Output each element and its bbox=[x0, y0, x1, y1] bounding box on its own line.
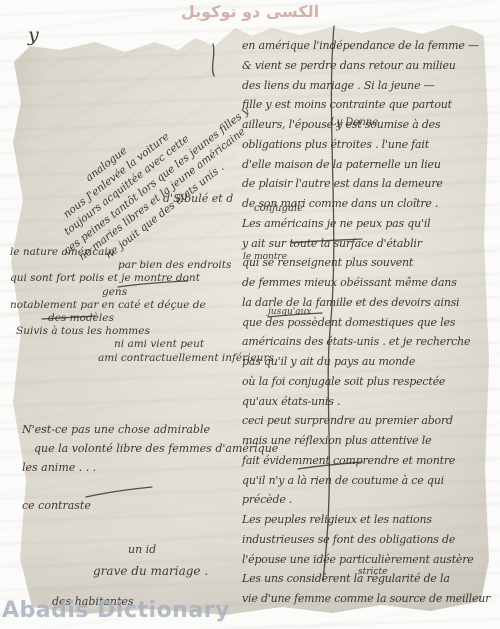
handwritten-line: gens bbox=[102, 286, 248, 299]
handwritten-line: par bien des endroits bbox=[118, 259, 248, 272]
handwritten-line: ami contractuellement inférieurs bbox=[98, 352, 248, 365]
handwritten-note: conjugale bbox=[254, 203, 303, 214]
handwritten-line: ceci peut surprendre au premier abord bbox=[242, 411, 498, 431]
handwritten-line: fait évidemment comprendre et montre bbox=[242, 451, 498, 471]
handwritten-note: jusqu'aux bbox=[268, 307, 311, 317]
handwritten-line: vie d'une femme comme la source de meill… bbox=[242, 589, 498, 609]
handwritten-line: qu'aux états-unis . bbox=[242, 392, 498, 412]
handwritten-line: & vient se perdre dans retour au milieu bbox=[242, 56, 498, 76]
handwritten-line: américains des états-unis . et je recher… bbox=[242, 332, 498, 352]
handwritten-line: N'est-ce pas une chose admirable bbox=[22, 420, 252, 439]
handwritten-line: de femmes mieux obéissant même dans bbox=[242, 273, 498, 293]
handwritten-line: fille y est moins contrainte que partout bbox=[242, 95, 498, 115]
page-number-mark: y bbox=[28, 24, 39, 46]
handwritten-line: en amérique l'indépendance de la femme — bbox=[242, 36, 498, 56]
handwritten-note: stricte bbox=[358, 567, 387, 577]
handwritten-line: obligations plus étroites . l'une fait bbox=[242, 135, 498, 155]
handwritten-note: d'Sibulé et d bbox=[163, 192, 233, 205]
left-margin-note-block-2: N'est-ce pas une chose admirableque la v… bbox=[22, 420, 252, 515]
handwritten-line: les anime . . . bbox=[22, 458, 252, 477]
left-margin-note-block-1: le nature américainpar bien des endroits… bbox=[10, 246, 248, 365]
manuscript-photo: y analoguenous J'enlevée la voituretoujo… bbox=[0, 0, 500, 629]
handwritten-line: des liens du mariage . Si la jeune — bbox=[242, 76, 498, 96]
handwritten-line: Suivis à tous les hommes bbox=[16, 325, 248, 338]
handwritten-line: y ait sur toute la surface d'établir bbox=[242, 234, 498, 254]
handwritten-note: Ly Donne bbox=[330, 117, 378, 128]
watermark-bottom-abadis: Abadis Dictionary bbox=[2, 598, 230, 623]
handwritten-line: des modèles bbox=[48, 312, 248, 325]
handwritten-line: de plaisir l'autre est dans la demeure bbox=[242, 174, 498, 194]
handwritten-line: qu'il n'y a là rien de coutume à ce qui bbox=[242, 471, 498, 491]
handwritten-line: que la volonté libre des femmes d'amériq… bbox=[34, 439, 252, 458]
handwritten-line: précède . bbox=[242, 490, 498, 510]
watermark-top-persian: الکسی دو توکویل bbox=[0, 2, 500, 21]
handwritten-line: qui sont fort polis et je montre dont bbox=[10, 272, 248, 285]
handwritten-line bbox=[22, 477, 252, 496]
handwritten-note: le montre bbox=[243, 252, 287, 262]
handwritten-line: industrieuses se font des obligations de bbox=[242, 530, 498, 550]
handwritten-line: où la foi conjugale soit plus respectée bbox=[242, 372, 498, 392]
handwritten-line: ni ami vient peut bbox=[114, 338, 248, 351]
handwritten-line: Les peuples religieux et les nations bbox=[242, 510, 498, 530]
handwritten-line: ce contraste bbox=[22, 496, 252, 515]
handwritten-note: un id bbox=[128, 543, 156, 556]
handwritten-line: notablement par en caté et déçue de bbox=[10, 299, 248, 312]
handwritten-line: d'elle maison de la paternelle un lieu bbox=[242, 155, 498, 175]
handwritten-note: grave du mariage . bbox=[93, 564, 208, 578]
handwritten-line: pas qu'il y ait du pays au monde bbox=[242, 352, 498, 372]
handwritten-line: mais une réflexion plus attentive le bbox=[242, 431, 498, 451]
handwritten-line: Les américains je ne peux pas qu'il bbox=[242, 214, 498, 234]
handwritten-line: le nature américain bbox=[10, 246, 248, 259]
